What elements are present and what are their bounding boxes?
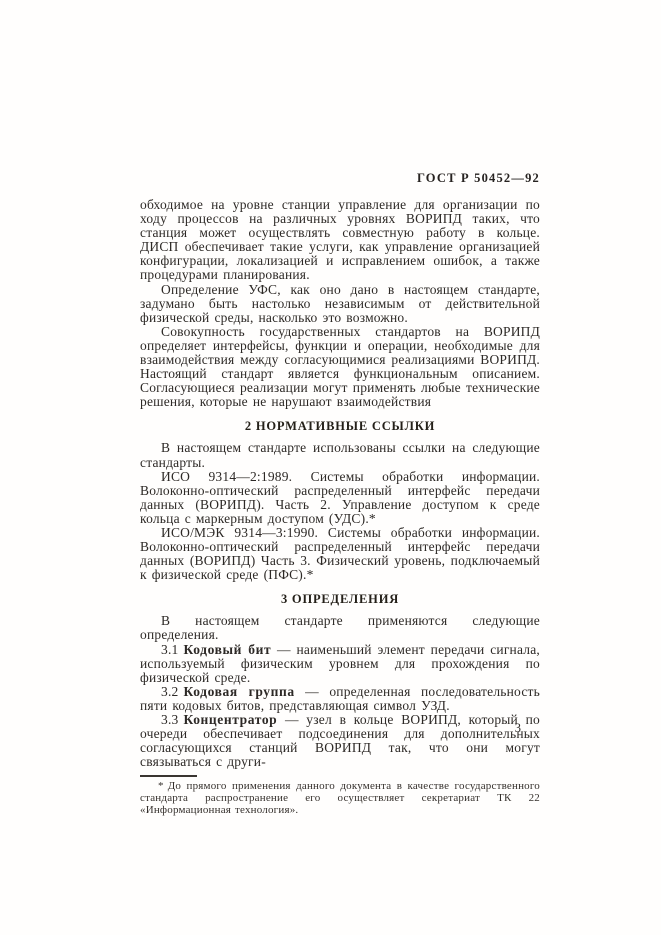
definition-number: 3.2 <box>161 684 178 699</box>
paragraph-reference-iso-9314-3: ИСО/МЭК 9314—3:1990. Системы обработки и… <box>140 526 540 582</box>
section-3-heading: 3 ОПРЕДЕЛЕНИЯ <box>140 592 540 607</box>
paragraph-continuation: обходимое на уровне станции управление д… <box>140 198 540 283</box>
definition-number: 3.1 <box>161 642 178 657</box>
footnote-body: До прямого применения данного документа … <box>140 780 540 816</box>
definition-item-3-1: 3.1Кодовый бит — наименьший элемент пере… <box>140 643 540 685</box>
section-2-heading: 2 НОРМАТИВНЫЕ ССЫЛКИ <box>140 419 540 434</box>
definition-term: Кодовый бит <box>183 642 271 657</box>
paragraph-ufs-definition: Определение УФС, как оно дано в настояще… <box>140 283 540 325</box>
paragraph-definitions-intro: В настоящем стандарте применяются следую… <box>140 614 540 642</box>
scanned-document-page: ГОСТ Р 50452—92 обходимое на уровне стан… <box>0 0 661 935</box>
paragraph-reference-iso-9314-2: ИСО 9314—2:1989. Системы обработки инфор… <box>140 470 540 526</box>
paragraph-standards-set: Совокупность государственных стандартов … <box>140 325 540 410</box>
footnote-marker: * <box>158 780 164 792</box>
definition-term: Кодовая группа <box>183 684 294 699</box>
footnote: *До прямого применения данного документа… <box>140 781 540 817</box>
page-number: 3 <box>140 721 540 736</box>
running-header-standard-code: ГОСТ Р 50452—92 <box>140 171 540 186</box>
footnote-separator-rule <box>140 775 197 777</box>
paragraph-references-intro: В настоящем стандарте использованы ссылк… <box>140 441 540 469</box>
definition-item-3-2: 3.2Кодовая группа — определенная последо… <box>140 685 540 713</box>
page-number-value: 3 <box>515 721 521 735</box>
